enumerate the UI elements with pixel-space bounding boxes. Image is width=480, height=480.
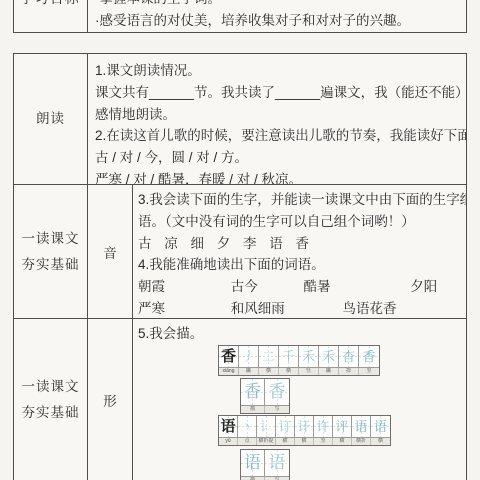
reading-line: 严寒 / 对 / 酷暑，春暖 / 对 / 秋凉。 <box>95 169 460 184</box>
stroke-label: 竖 <box>314 438 333 445</box>
reading-line: 2.在读这首儿歌的时候，要注意读出儿歌的节奏，我能读好下面的句子。 <box>95 125 460 147</box>
row-label-line2: 夯实基础 <box>22 400 80 426</box>
practice-label-row: 描 写 <box>241 476 289 480</box>
reading-content-cell: 1.课文朗读情况。 课文共有______节。我共读了______遍课文，我（能还… <box>88 54 466 184</box>
sub-label-xing: 形 <box>88 319 133 480</box>
row-label-first-read: 一读课文 夯实基础 <box>14 319 88 480</box>
objectives-label: 学习目标 <box>20 0 80 7</box>
stroke-row: 香 丿 二 千 禾 禾 杳 香 <box>219 346 379 367</box>
stroke-cell: 丿 <box>239 346 259 367</box>
task-table: 朗读 1.课文朗读情况。 课文共有______节。我共读了______遍课文，我… <box>13 53 467 480</box>
objectives-content-cell: ·掌握本课的生字词。 ·感受语言的对仗美，培养收集对子和对对子的兴趣。 <box>88 0 466 32</box>
practice-cell: 香 <box>265 379 289 405</box>
stroke-label: 撇 <box>319 368 339 375</box>
word-item: 酷暑 <box>304 276 331 298</box>
row-label-reading: 朗读 <box>14 54 88 184</box>
word-item: 古今 <box>231 276 258 298</box>
word-item: 朝霞 <box>138 276 165 298</box>
word-item: 严寒 <box>138 298 165 318</box>
stroke-cell: 禾 <box>319 346 339 367</box>
stroke-label: 点 <box>238 438 257 445</box>
objective-line-1: ·掌握本课的生字词。 <box>95 0 221 7</box>
stroke-cell: 许 <box>314 416 333 437</box>
row-label-line1: 一读课文 <box>22 374 80 400</box>
row-label-first-read: 一读课文 夯实基础 <box>14 185 88 318</box>
stroke-label: 捺 <box>339 368 359 375</box>
stroke-cell: 语 <box>371 416 390 437</box>
stroke-cell: 杳 <box>339 346 359 367</box>
practice-label: 描 <box>241 406 265 413</box>
pinyin-label: yǔ <box>219 438 238 445</box>
reading-line: 古 / 对 / 今，圆 / 对 / 方。 <box>95 147 460 169</box>
objective-line-2: ·感受语言的对仗美，培养收集对子和对对子的兴趣。 <box>95 9 410 29</box>
reading-line: 感情地朗读。 <box>95 104 460 126</box>
objectives-label-cell: 学习目标 <box>14 0 88 32</box>
stroke-row: 语 丶 讠 订 讦 许 评 语 语 <box>219 416 390 437</box>
tracing-line: 5.我会描。 <box>138 323 460 345</box>
stroke-cell: 二 <box>259 346 279 367</box>
pinyin-label: xiāng <box>219 368 239 375</box>
stroke-label-row: yǔ 点 横折提 横 横 竖 横 横折 横 <box>219 437 390 445</box>
objectives-section: 学习目标 ·掌握本课的生字词。 ·感受语言的对仗美，培养收集对子和对对子的兴趣。 <box>13 0 467 33</box>
row-label-line1: 一读课文 <box>22 226 80 252</box>
stroke-label: 横折提 <box>257 438 276 445</box>
stroke-cell: 语 <box>352 416 371 437</box>
word-item: 夕阳 <box>410 276 437 298</box>
stroke-order-grid-yu: 语 丶 讠 订 讦 许 评 语 语 yǔ 点 横折提 横 <box>218 415 391 446</box>
practice-row: 香 香 <box>241 379 289 405</box>
pronunciation-line: 语。（文中没有词的生字可以自己组个词哟！） <box>138 211 460 233</box>
reading-line: 1.课文朗读情况。 <box>95 60 460 82</box>
stroke-cell: 丶 <box>238 416 257 437</box>
stroke-label: 横 <box>371 438 390 445</box>
table-row-reading: 朗读 1.课文朗读情况。 课文共有______节。我共读了______遍课文，我… <box>14 54 466 185</box>
stroke-cell: 禾 <box>299 346 319 367</box>
word-item: 和风细雨 <box>231 298 285 318</box>
practice-row: 语 语 <box>241 450 289 476</box>
word-list-row-2: 严寒 和风细雨 鸟语花香 <box>138 298 460 318</box>
practice-cell: 语 <box>265 450 289 476</box>
character-list: 古 凉 细 夕 李 语 香 <box>138 233 460 255</box>
stroke-label: 横折 <box>352 438 371 445</box>
stroke-label: 横 <box>333 438 352 445</box>
practice-label: 写 <box>265 406 289 413</box>
stroke-label: 横 <box>295 438 314 445</box>
row-label-text: 朗读 <box>36 106 65 132</box>
stroke-cell: 香 <box>359 346 379 367</box>
pronunciation-line: 4.我能准确地读出下面的词语。 <box>138 254 460 276</box>
stroke-label: 横 <box>279 368 299 375</box>
stroke-label: 撇 <box>239 368 259 375</box>
stroke-label: 竖 <box>299 368 319 375</box>
worksheet-page: 学习目标 ·掌握本课的生字词。 ·感受语言的对仗美，培养收集对子和对对子的兴趣。… <box>0 0 480 480</box>
reading-line: 课文共有______节。我共读了______遍课文，我（能还不能）正确、流利、有 <box>95 82 460 104</box>
stroke-cell-main: 语 <box>219 416 238 437</box>
pronunciation-line: 3.我会读下面的生字，并能读一读课文中由下面的生字组成的词 <box>138 189 460 211</box>
practice-cell: 香 <box>241 379 265 405</box>
stroke-label: 横 <box>276 438 295 445</box>
form-content-cell: 5.我会描。 香 丿 二 千 禾 禾 杳 香 xiāng <box>133 319 466 480</box>
practice-cell: 语 <box>241 450 265 476</box>
stroke-cell: 千 <box>279 346 299 367</box>
stroke-cell: 订 <box>276 416 295 437</box>
word-list-row-1: 朝霞 古今 酷暑 夕阳 <box>138 276 460 298</box>
practice-grid-xiang: 香 香 描 写 <box>240 378 290 414</box>
practice-label-row: 描 写 <box>241 405 289 413</box>
stroke-label-row: xiāng 撇 横 横 竖 撇 捺 竖 <box>219 367 379 375</box>
stroke-cell: 评 <box>333 416 352 437</box>
stroke-label: 竖 <box>359 368 379 375</box>
table-row-character-form: 一读课文 夯实基础 形 5.我会描。 香 丿 二 千 禾 禾 杳 香 <box>14 319 466 480</box>
pronunciation-content-cell: 3.我会读下面的生字，并能读一读课文中由下面的生字组成的词 语。（文中没有词的生… <box>133 185 466 318</box>
sub-label-yin: 音 <box>88 185 133 318</box>
row-label-line2: 夯实基础 <box>22 252 80 278</box>
word-item: 鸟语花香 <box>343 298 397 318</box>
stroke-cell-main: 香 <box>219 346 239 367</box>
practice-grid-yu: 语 语 描 写 <box>240 449 290 480</box>
stroke-label: 横 <box>259 368 279 375</box>
stroke-cell: 讦 <box>295 416 314 437</box>
stroke-order-grid-xiang: 香 丿 二 千 禾 禾 杳 香 xiāng 撇 横 横 竖 <box>218 345 380 376</box>
stroke-cell: 讠 <box>257 416 276 437</box>
table-row-pronunciation: 一读课文 夯实基础 音 3.我会读下面的生字，并能读一读课文中由下面的生字组成的… <box>14 185 466 319</box>
